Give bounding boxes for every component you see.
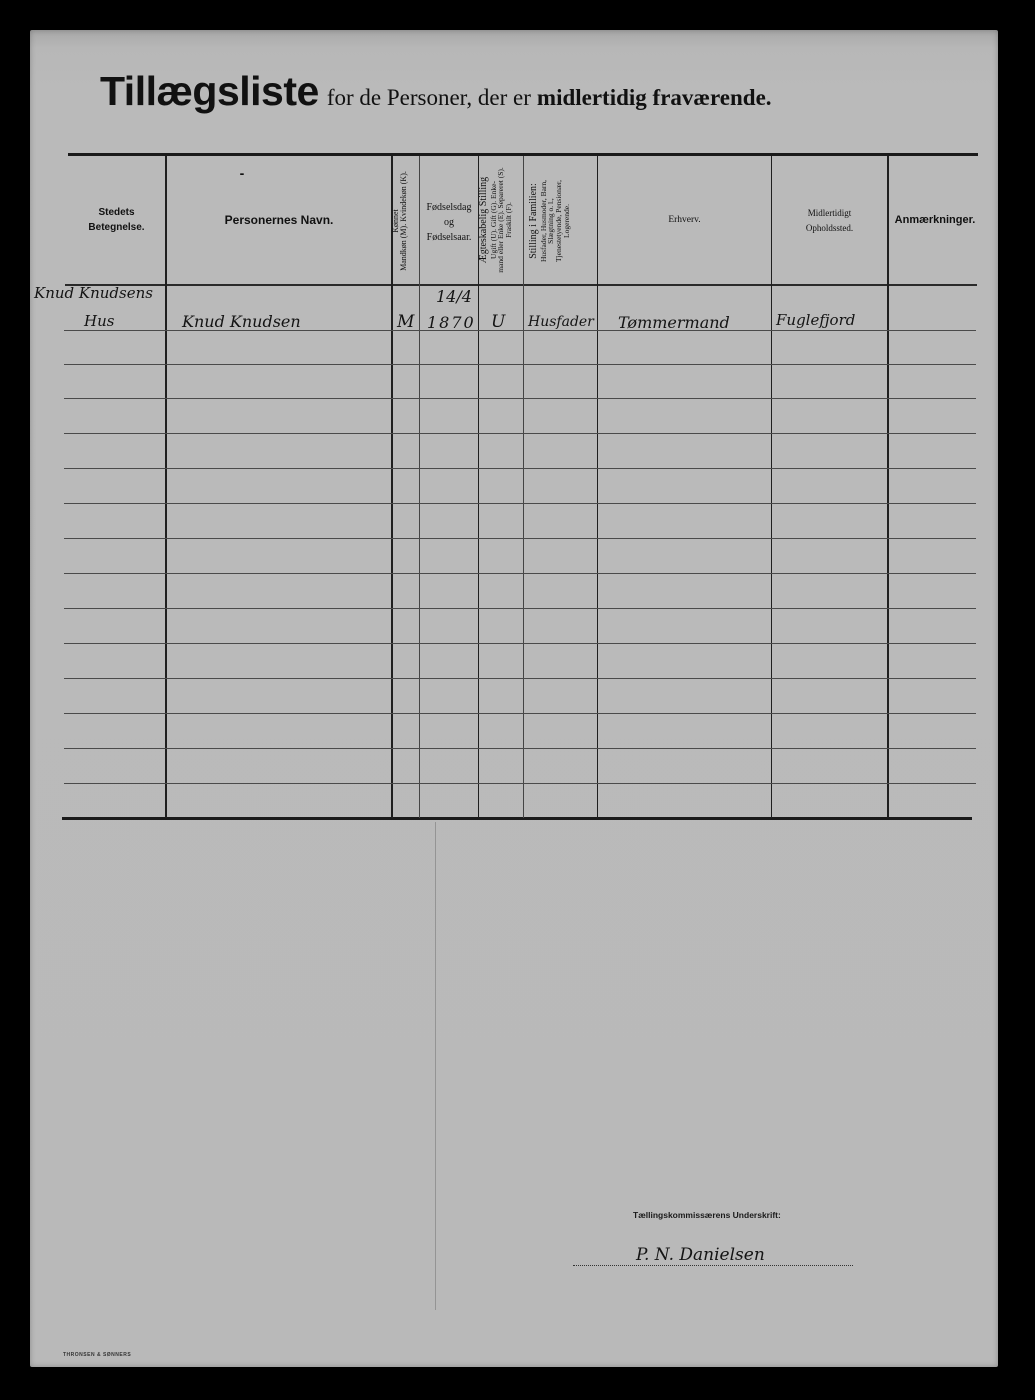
row-rule <box>64 503 976 504</box>
signature-label: Tællingskommissærens Underskrift: <box>633 1210 781 1220</box>
form-title-emphasis: midlertidig fraværende. <box>537 85 772 110</box>
cell-fodselsdag: 14/4 <box>436 287 472 306</box>
cell-kjon: M <box>397 312 414 332</box>
col-divider <box>771 156 772 818</box>
cell-familie: Husfader <box>528 314 594 330</box>
col-divider <box>887 156 889 818</box>
header-mark: - <box>236 168 248 178</box>
header-fodsel: Fødselsdag og Fødselsaar. <box>420 195 478 250</box>
header-navn: Personernes Navn. <box>167 205 391 235</box>
form-title-subtitle: for de Personer, der er <box>327 85 531 110</box>
table-bottom-rule <box>62 817 972 820</box>
cell-fodselsaar: 1870 <box>427 313 476 332</box>
col-divider <box>597 156 598 818</box>
row-rule <box>64 364 976 365</box>
row-rule <box>64 398 976 399</box>
cell-aegte: U <box>491 312 505 332</box>
form-title: Tillægslistefor de Personer, der ermidle… <box>100 68 940 118</box>
row-rule <box>64 538 976 539</box>
cell-erhverv: Tømmermand <box>618 313 730 332</box>
header-familie: Stilling i Familien: Husfader, Husmoder,… <box>529 161 591 281</box>
row-rule <box>64 608 976 609</box>
row-rule <box>64 713 976 714</box>
printer-mark: THRONSEN & SØNNERS <box>63 1352 131 1358</box>
cell-stedets-line2: Hus <box>84 312 114 330</box>
signature-line <box>573 1265 853 1267</box>
col-divider <box>523 156 524 818</box>
header-anmaerkninger: Anmærkninger. <box>889 208 981 232</box>
col-divider <box>165 156 167 818</box>
signature: P. N. Danielsen <box>636 1245 765 1265</box>
header-erhverv: Erhverv. <box>598 210 771 230</box>
header-kjon: Kønnet Mandkøn (M). Kvindekøn (K). <box>392 159 418 283</box>
header-bottom-rule <box>65 284 977 286</box>
row-rule <box>64 433 976 434</box>
form-title-main: Tillægsliste <box>100 68 319 114</box>
header-stedets: Stedets Betegnelse. <box>68 200 165 240</box>
header-opholdssted: Midlertidigt Opholdssted. <box>772 203 887 238</box>
col-divider <box>419 156 420 818</box>
header-aegte: Ægteskabelig Stilling Ugift (U). Gift (G… <box>479 157 523 283</box>
cell-stedets-line1: Knud Knudsens <box>34 284 153 302</box>
row-rule <box>64 748 976 749</box>
row-rule <box>64 678 976 679</box>
cell-opholdssted: Fuglefjord <box>776 311 855 329</box>
fold-line <box>435 822 436 1310</box>
row-rule <box>64 468 976 469</box>
row-rule <box>64 783 976 784</box>
row-rule <box>64 643 976 644</box>
cell-navn: Knud Knudsen <box>182 312 301 331</box>
row-rule <box>64 573 976 574</box>
